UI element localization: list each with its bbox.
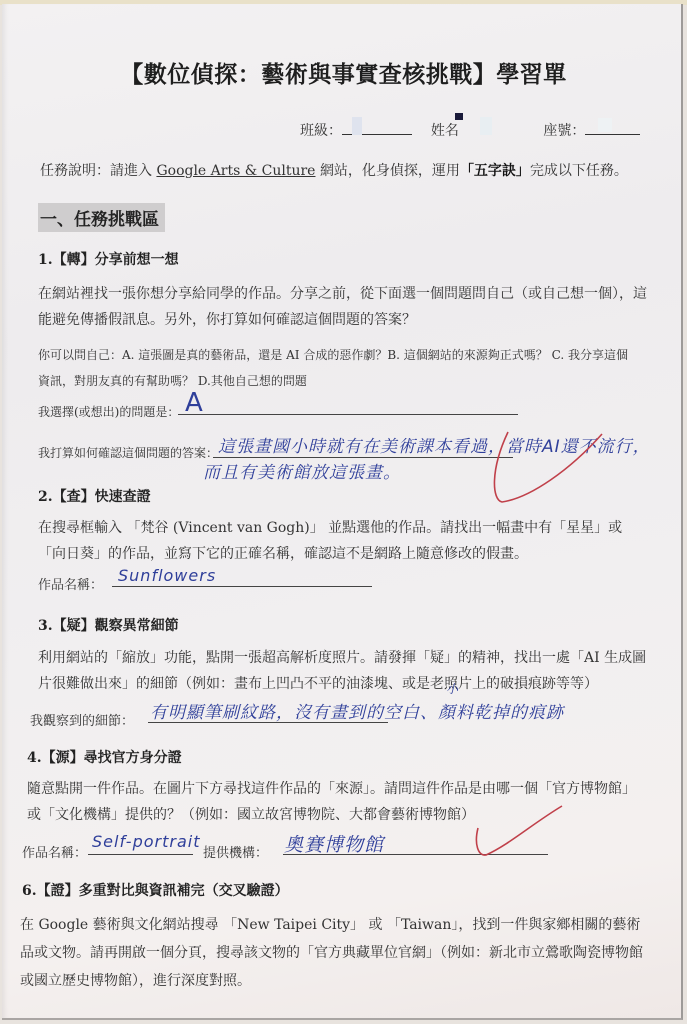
grader-checkmark-icon <box>480 420 620 510</box>
task-4-artwork-answer[interactable]: Self-portrait <box>92 832 200 851</box>
task-1-question-line <box>178 414 518 415</box>
redaction-mark <box>480 117 492 135</box>
task-3-heading: 3.【疑】觀察異常細節 <box>38 615 179 635</box>
task-4-institution-answer[interactable]: 奧賽博物館 <box>284 830 384 857</box>
task-2-artwork-answer[interactable]: Sunflowers <box>118 566 216 585</box>
task-1-verify-answer-line2[interactable]: 而且有美術館放這張畫。 <box>203 458 401 483</box>
task-2-artwork-line <box>112 586 372 587</box>
task-1-question-label: 我選擇(或想出)的問題是： <box>38 403 179 420</box>
task-2-description: 在搜尋框輸入 「梵谷 (Vincent van Gogh)」 並點選他的作品。請… <box>38 515 648 567</box>
seat-field[interactable] <box>585 121 640 135</box>
task-3-detail-label: 我觀察到的細節： <box>30 710 134 729</box>
task-1-verify-label: 我打算如何確認這個問題的答案： <box>38 444 218 461</box>
grader-checkmark-icon <box>470 800 570 865</box>
task-1-question-answer[interactable]: A <box>185 388 204 418</box>
redaction-mark <box>352 117 362 135</box>
task-instructions: 任務說明：請進入 Google Arts & Culture 網站，化身偵探，運… <box>40 160 628 180</box>
task-6-description: 在 Google 藝術與文化網站搜尋 「New Taipei City」 或 「… <box>20 911 645 995</box>
section-heading: 一、任務挑戰區 <box>38 203 165 232</box>
task-4-institution-label: 提供機構： <box>203 842 268 861</box>
seat-label: 座號： <box>543 123 585 139</box>
task-2-artwork-label: 作品名稱： <box>38 574 103 593</box>
redaction-mark <box>598 118 612 132</box>
class-label: 班級： <box>300 123 342 139</box>
worksheet-paper <box>2 4 683 1020</box>
task-2-heading: 2.【查】快速查證 <box>38 486 151 506</box>
task-1-heading: 1.【轉】分享前想一想 <box>38 249 179 269</box>
task-3-detail-answer[interactable]: 有明顯筆刷紋路，沒有畫到的空白、顏料乾掉的痕跡 <box>150 698 564 723</box>
task-3-description: 利用網站的「縮放」功能，點開一張超高解析度照片。請發揮「疑」的精神，找出一處「A… <box>38 645 648 697</box>
worksheet-title: 【數位偵探：藝術與事實查核挑戰】學習單 <box>0 56 687 89</box>
google-arts-culture-link[interactable]: Google Arts & Culture <box>156 163 315 179</box>
five-word-method: 「五字訣」 <box>460 163 530 179</box>
task-4-artwork-label: 作品名稱： <box>22 842 87 861</box>
task-4-artwork-line <box>88 854 193 855</box>
redaction-mark <box>455 113 463 120</box>
task-1-description: 在網站裡找一張你想分享給同學的作品。分享之前，從下面選一個問題問自己（或自己想一… <box>38 281 658 333</box>
name-label: 姓名 <box>431 123 459 139</box>
name-field[interactable] <box>459 121 539 135</box>
task-4-heading: 4.【源】尋找官方身分證 <box>27 747 182 767</box>
task-6-heading: 6.【證】多重對比與資訊補完（交叉驗證） <box>22 880 289 900</box>
task-3-insert-mark: 小 <box>446 680 459 697</box>
task-1-hint: 你可以問自己：A. 這張圖是真的藝術品，還是 AI 合成的惡作劇？B. 這個網站… <box>38 342 638 394</box>
